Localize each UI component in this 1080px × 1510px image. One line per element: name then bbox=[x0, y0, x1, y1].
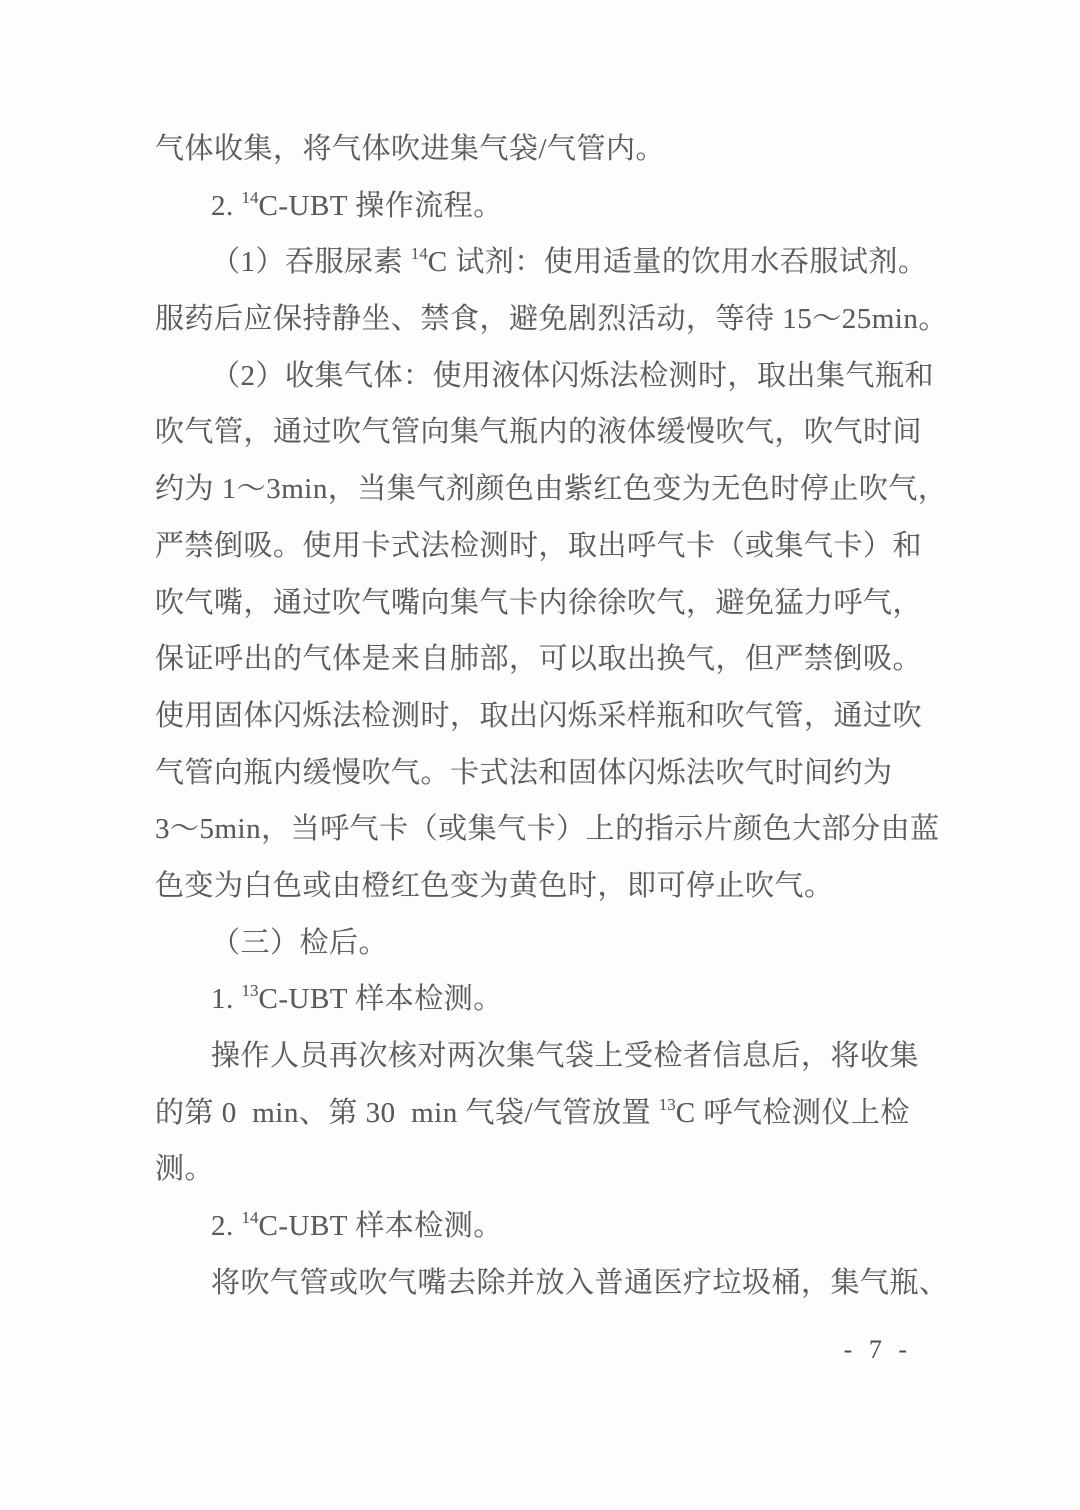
document-line: 吹气嘴，通过吹气嘴向集气卡内徐徐吹气，避免猛力呼气， bbox=[155, 575, 945, 632]
text-segment: 吹气管，通过吹气管向集气瓶内的液体缓慢吹气，吹气时间 bbox=[155, 416, 922, 448]
text-segment: 1. bbox=[211, 983, 242, 1015]
document-line: 保证呼出的气体是来自肺部，可以取出换气，但严禁倒吸。 bbox=[155, 631, 945, 688]
document-line: 操作人员再次核对两次集气袋上受检者信息后，将收集 bbox=[155, 1028, 945, 1085]
text-segment: 2. bbox=[211, 190, 242, 222]
text-segment: 的第 0 min、第 30 min 气袋/气管放置 bbox=[155, 1097, 659, 1129]
document-line: 色变为白色或由橙红色变为黄色时，即可停止吹气。 bbox=[155, 858, 945, 915]
text-segment: C 呼气检测仪上检 bbox=[676, 1097, 910, 1129]
document-line: （三）检后。 bbox=[155, 915, 945, 972]
document-line: 2. 14C-UBT 操作流程。 bbox=[155, 178, 945, 235]
document-line: 的第 0 min、第 30 min 气袋/气管放置 13C 呼气检测仪上检 bbox=[155, 1085, 945, 1142]
text-segment: 气管向瓶内缓慢吹气。卡式法和固体闪烁法吹气时间约为 bbox=[155, 757, 893, 789]
text-segment: 约为 1～3min，当集气剂颜色由紫红色变为无色时停止吹气， bbox=[155, 473, 947, 505]
document-line: 吹气管，通过吹气管向集气瓶内的液体缓慢吹气，吹气时间 bbox=[155, 404, 945, 461]
document-line: 严禁倒吸。使用卡式法检测时，取出呼气卡（或集气卡）和 bbox=[155, 518, 945, 575]
text-segment: 2. bbox=[211, 1210, 242, 1242]
text-segment: 色变为白色或由橙红色变为黄色时，即可停止吹气。 bbox=[155, 870, 834, 902]
document-line: （1）吞服尿素 14C 试剂：使用适量的饮用水吞服试剂。 bbox=[155, 234, 945, 291]
isotope-superscript: 14 bbox=[242, 1208, 259, 1227]
document-line: 2. 14C-UBT 样本检测。 bbox=[155, 1198, 945, 1255]
document-page: 气体收集，将气体吹进集气袋/气管内。2. 14C-UBT 操作流程。（1）吞服尿… bbox=[0, 0, 1080, 1510]
page-number: - 7 - bbox=[844, 1335, 912, 1365]
text-segment: 气体收集，将气体吹进集气袋/气管内。 bbox=[155, 133, 665, 165]
document-line: 1. 13C-UBT 样本检测。 bbox=[155, 971, 945, 1028]
isotope-superscript: 13 bbox=[659, 1095, 676, 1114]
text-segment: 服药后应保持静坐、禁食，避免剧烈活动，等待 15～25min。 bbox=[155, 303, 948, 335]
text-segment: 将吹气管或吹气嘴去除并放入普通医疗垃圾桶，集气瓶、 bbox=[211, 1267, 949, 1299]
isotope-superscript: 13 bbox=[242, 981, 259, 1000]
text-segment: 吹气嘴，通过吹气嘴向集气卡内徐徐吹气，避免猛力呼气， bbox=[155, 587, 922, 619]
document-line: （2）收集气体：使用液体闪烁法检测时，取出集气瓶和 bbox=[155, 348, 945, 405]
text-segment: （三）检后。 bbox=[211, 927, 388, 959]
text-segment: C-UBT 样本检测。 bbox=[259, 983, 503, 1015]
text-segment: 保证呼出的气体是来自肺部，可以取出换气，但严禁倒吸。 bbox=[155, 643, 922, 675]
text-segment: 严禁倒吸。使用卡式法检测时，取出呼气卡（或集气卡）和 bbox=[155, 530, 922, 562]
text-segment: 操作人员再次核对两次集气袋上受检者信息后，将收集 bbox=[211, 1040, 919, 1072]
document-line: 服药后应保持静坐、禁食，避免剧烈活动，等待 15～25min。 bbox=[155, 291, 945, 348]
document-line: 气体收集，将气体吹进集气袋/气管内。 bbox=[155, 121, 945, 178]
text-segment: C 试剂：使用适量的饮用水吞服试剂。 bbox=[428, 246, 928, 278]
text-segment: （1）吞服尿素 bbox=[211, 246, 411, 278]
text-segment: C-UBT 操作流程。 bbox=[259, 190, 503, 222]
isotope-superscript: 14 bbox=[242, 188, 259, 207]
isotope-superscript: 14 bbox=[411, 244, 428, 263]
text-segment: （2）收集气体：使用液体闪烁法检测时，取出集气瓶和 bbox=[211, 360, 934, 392]
document-line: 将吹气管或吹气嘴去除并放入普通医疗垃圾桶，集气瓶、 bbox=[155, 1255, 945, 1312]
document-line: 测。 bbox=[155, 1141, 945, 1198]
document-line: 约为 1～3min，当集气剂颜色由紫红色变为无色时停止吹气， bbox=[155, 461, 945, 518]
document-line: 气管向瓶内缓慢吹气。卡式法和固体闪烁法吹气时间约为 bbox=[155, 745, 945, 802]
document-line: 使用固体闪烁法检测时，取出闪烁采样瓶和吹气管，通过吹 bbox=[155, 688, 945, 745]
text-segment: C-UBT 样本检测。 bbox=[259, 1210, 503, 1242]
text-segment: 3～5min，当呼气卡（或集气卡）上的指示片颜色大部分由蓝 bbox=[155, 813, 940, 845]
document-body: 气体收集，将气体吹进集气袋/气管内。2. 14C-UBT 操作流程。（1）吞服尿… bbox=[155, 121, 945, 1311]
document-line: 3～5min，当呼气卡（或集气卡）上的指示片颜色大部分由蓝 bbox=[155, 801, 945, 858]
text-segment: 使用固体闪烁法检测时，取出闪烁采样瓶和吹气管，通过吹 bbox=[155, 700, 922, 732]
text-segment: 测。 bbox=[155, 1153, 214, 1185]
